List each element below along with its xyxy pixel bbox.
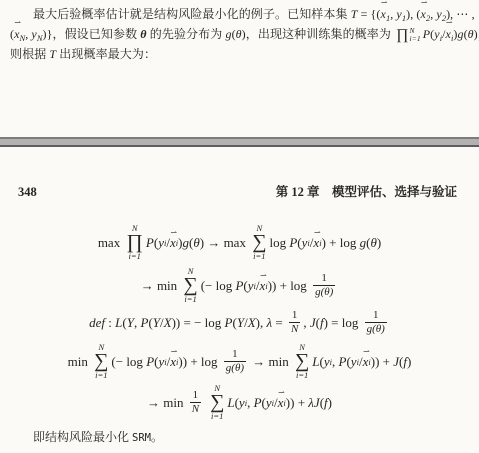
- fraction-numerator: 1: [191, 390, 201, 402]
- vector-arrow: ⇀: [363, 348, 371, 356]
- math-token: )) +: [286, 395, 309, 411]
- vector-symbol: ⇀x: [278, 395, 284, 411]
- big-operator: N∑i=1: [183, 267, 197, 305]
- vector-arrow: ⇀: [170, 229, 178, 237]
- math-token: P: [235, 278, 243, 294]
- operator-symbol: ∏: [126, 233, 142, 252]
- operator-lower-limit: i=1: [129, 252, 141, 261]
- big-operator: N∑i=1: [295, 343, 309, 381]
- fraction: 1g(θ): [313, 273, 335, 298]
- math-token: SRM: [132, 432, 151, 444]
- paragraph-line-3: 则根据 T 出现概率最大为：: [10, 45, 475, 64]
- page-number: 348: [18, 185, 37, 200]
- fraction: 1N: [190, 390, 201, 415]
- fraction-denominator: N: [190, 402, 201, 415]
- vector-symbol: ⇀x: [313, 235, 319, 251]
- math-token: P: [140, 315, 148, 331]
- operator-symbol: ∑: [183, 276, 197, 295]
- math-token: log: [269, 235, 289, 251]
- formula-line-2: → min N∑i=1(− log P(yi/⇀xi)) + log 1g(θ): [0, 267, 479, 305]
- math-token: L: [312, 354, 319, 370]
- math-token: ), (: [406, 7, 420, 21]
- math-token: 最大后验概率估计就是结构风险最小化的例子。已知样本集: [33, 7, 351, 21]
- fraction-numerator: 1: [371, 310, 381, 322]
- math-token: )) = − log: [172, 315, 225, 331]
- fraction-denominator: g(θ): [224, 361, 246, 374]
- math-token: ): [328, 395, 332, 411]
- operator-lower-limit: i=1: [253, 252, 265, 261]
- big-operator: N∏i=1: [126, 224, 142, 262]
- vector-symbol: ⇀x: [14, 25, 19, 44]
- math-token: P: [254, 395, 262, 411]
- big-operator: N∑i=1: [210, 384, 224, 422]
- math-token: = {(: [357, 7, 380, 21]
- vector-arrow: ⇀: [421, 0, 428, 7]
- math-token: 即结构风险最小化: [33, 430, 132, 444]
- formula-line-1: max N∏i=1P(yi/⇀xi)g(θ) → max N∑i=1log P(…: [0, 224, 479, 262]
- vector-arrow: ⇀: [446, 19, 453, 27]
- vector-arrow: ⇀: [313, 229, 321, 237]
- conclusion-text: 即结构风险最小化 SRM。: [33, 428, 163, 445]
- chapter-header: 第 12 章 模型评估、选择与验证: [276, 182, 457, 200]
- math-token: )}，假设已知参数: [43, 27, 141, 41]
- math-token: X: [248, 315, 256, 331]
- operator-symbol: ∑: [252, 233, 266, 252]
- math-token: P: [146, 354, 154, 370]
- operator-symbol: ∑: [295, 352, 309, 371]
- math-token: L: [227, 395, 234, 411]
- math-token: def: [89, 315, 105, 331]
- math-token: ) + log: [322, 235, 360, 251]
- vector-arrow: ⇀: [14, 19, 21, 27]
- vector-symbol: ⇀x: [170, 235, 176, 251]
- vector-symbol: ⇀x: [363, 354, 369, 370]
- math-token: )) +: [371, 354, 394, 370]
- fraction-numerator: 1: [290, 310, 300, 322]
- fraction-denominator: N: [289, 322, 300, 335]
- operator-symbol: ∑: [94, 352, 108, 371]
- math-token: λJ: [308, 395, 319, 411]
- math-token: :: [105, 315, 115, 331]
- scanned-book-page: 最大后验概率估计就是结构风险最小化的例子。已知样本集 T = {(⇀x1, y1…: [0, 0, 479, 453]
- vector-symbol: ⇀x: [260, 278, 266, 294]
- big-operator: N∑i=1: [94, 343, 108, 381]
- vector-symbol: ⇀x: [170, 354, 176, 370]
- math-token: x: [14, 27, 19, 41]
- fraction-denominator: g(θ): [313, 285, 335, 298]
- math-token: ),: [256, 315, 267, 331]
- fraction-numerator: 1: [319, 273, 329, 285]
- math-token: 出现概率最大为：: [56, 47, 156, 61]
- math-token: )) + log: [268, 278, 310, 294]
- formula-line-4: min N∑i=1(− log P(yi/⇀xi)) + log 1g(θ) →…: [0, 343, 479, 381]
- math-token: ): [407, 354, 411, 370]
- math-token: x: [260, 278, 266, 293]
- math-token: x: [421, 7, 426, 21]
- math-token: P: [289, 235, 297, 251]
- math-token: (− log: [111, 354, 146, 370]
- math-token: x: [170, 235, 176, 250]
- page-separator: [0, 137, 479, 147]
- inline-operator: ∏Ni=1: [396, 27, 421, 44]
- operator-lower-limit: i=1: [95, 371, 107, 380]
- math-token: 。: [151, 430, 163, 444]
- vector-arrow: ⇀: [381, 0, 388, 7]
- formula-line-3: def : L(Y, P(Y/X)) = − log P(Y/X), λ = 1…: [0, 310, 479, 335]
- math-token: x: [363, 354, 369, 369]
- operator-limits: Ni=1: [410, 27, 421, 44]
- operator-symbol: ∑: [210, 393, 224, 412]
- math-token: Y: [153, 315, 160, 331]
- vector-symbol: ⇀x: [421, 5, 426, 24]
- fraction: 1N: [289, 310, 300, 335]
- math-token: L: [115, 315, 122, 331]
- page-running-header: 348 第 12 章 模型评估、选择与验证: [18, 182, 457, 200]
- math-token: x: [313, 235, 319, 250]
- fraction-numerator: 1: [230, 349, 240, 361]
- vector-arrow: ⇀: [260, 272, 268, 280]
- vector-arrow: ⇀: [278, 389, 286, 397]
- math-token: =: [272, 315, 286, 331]
- math-token: ) = log: [324, 315, 362, 331]
- math-token: P: [146, 235, 154, 251]
- math-token: → min: [141, 278, 181, 294]
- vector-symbol: ⇀x: [446, 25, 451, 44]
- math-token: 则根据: [10, 47, 49, 61]
- math-token: Y: [127, 315, 134, 331]
- operator-lower-limit: i=1: [296, 371, 308, 380]
- math-token: max: [98, 235, 124, 251]
- math-token: min: [68, 354, 91, 370]
- operator-lower-limit: i=1: [211, 412, 223, 421]
- math-token: P: [225, 315, 233, 331]
- math-token: x: [170, 354, 176, 369]
- math-token: x: [446, 27, 451, 41]
- math-token: )，: [474, 27, 479, 41]
- math-token: P: [339, 354, 347, 370]
- math-token: ) → max: [200, 235, 249, 251]
- fraction: 1g(θ): [365, 310, 387, 335]
- vector-symbol: ⇀x: [381, 5, 386, 24]
- operator-lower-limit: i=1: [410, 35, 421, 44]
- math-token: X: [164, 315, 172, 331]
- math-token: )，出现这种训练集的概率为: [242, 27, 394, 41]
- math-token: → min: [147, 395, 187, 411]
- big-operator: N∑i=1: [252, 224, 266, 262]
- formula-line-5: → min 1NN∑i=1L(yi, P(yi/⇀xi)) + λJ(f): [0, 384, 479, 422]
- operator-lower-limit: i=1: [184, 295, 196, 304]
- vector-arrow: ⇀: [170, 348, 178, 356]
- math-token: Y: [237, 315, 244, 331]
- math-token: x: [381, 7, 386, 21]
- fraction: 1g(θ): [224, 349, 246, 374]
- fraction-denominator: g(θ): [365, 322, 387, 335]
- math-token: ): [377, 235, 381, 251]
- math-token: )) + log: [178, 354, 220, 370]
- math-token: x: [278, 395, 284, 410]
- math-token: → min: [249, 354, 292, 370]
- operator-symbol: ∏: [396, 28, 408, 43]
- math-token: (− log: [201, 278, 236, 294]
- math-token: 的先验分布为: [147, 27, 226, 41]
